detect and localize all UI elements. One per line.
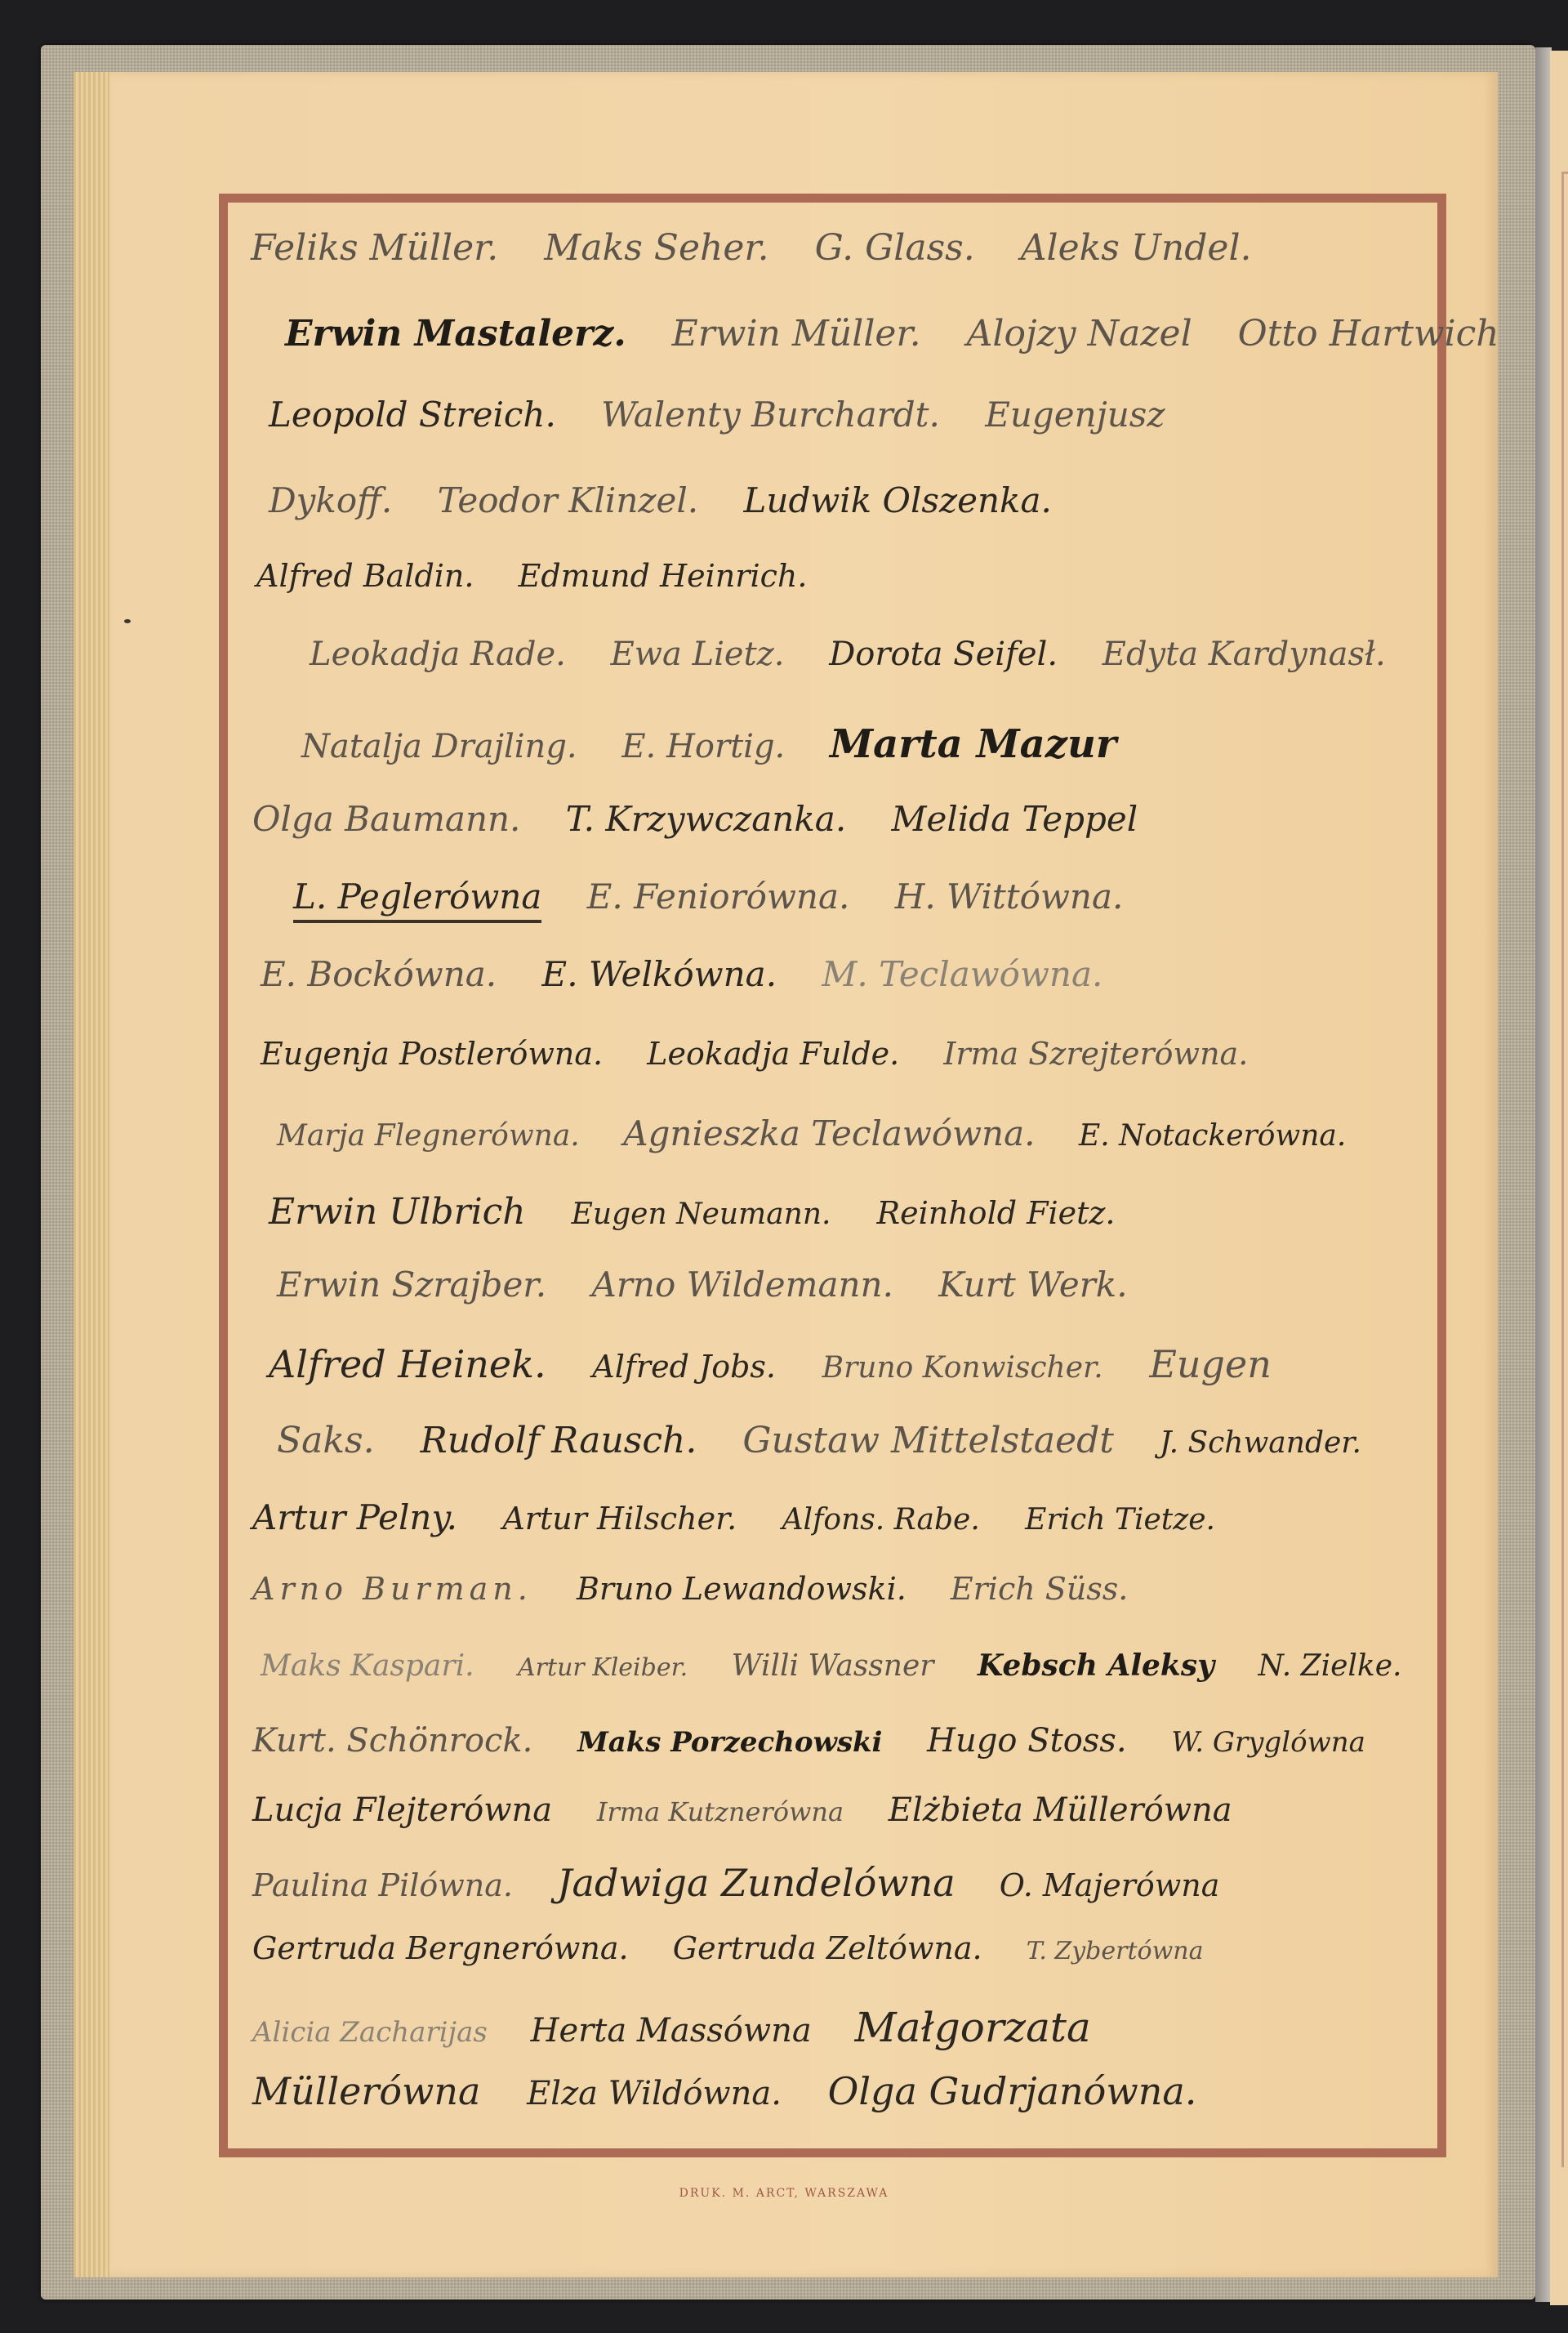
signature: Artur Pelny. <box>252 1497 457 1537</box>
signature-line: Gertruda Bergnerówna. Gertruda Zeltówna.… <box>252 1930 1238 1966</box>
signature-line: Artur Pelny. Artur Hilscher. Alfons. Rab… <box>252 1497 1249 1537</box>
signature: Arno Wildemann. <box>591 1265 893 1305</box>
signature: Maks Seher. <box>544 227 768 269</box>
signature-line: Dykoff. Teodor Klinzel. Ludwik Olszenka. <box>269 480 1086 520</box>
signature: Maks Porzechowski <box>577 1726 882 1759</box>
signature: Olga Baumann. <box>252 799 520 839</box>
signature: Rudolf Rausch. <box>421 1420 697 1461</box>
signature: Leokadja Fulde. <box>647 1036 899 1072</box>
signature: Melida Teppel <box>892 799 1138 839</box>
signature: Irma Szrejterówna. <box>943 1036 1248 1072</box>
signature: Bruno Konwischer. <box>822 1351 1103 1385</box>
signature: Marja Flegnerówna. <box>277 1119 580 1153</box>
signature: Hugo Stoss. <box>927 1722 1126 1760</box>
signature-line: Kurt. Schönrock. Maks Porzechowski Hugo … <box>252 1722 1400 1760</box>
signature: J. Schwander. <box>1160 1426 1361 1460</box>
signature: Ewa Lietz. <box>611 636 785 673</box>
signature: W. Gryglówna <box>1171 1726 1365 1759</box>
signature: Irma Kutznerówna <box>597 1796 844 1827</box>
signature: Otto Hartwich <box>1238 313 1499 355</box>
signature: Willi Wassner <box>732 1649 934 1683</box>
signature: Erich Tietze. <box>1025 1503 1215 1537</box>
signature: Reinhold Fietz. <box>876 1195 1115 1231</box>
signature: Alojzy Nazel <box>967 313 1192 355</box>
signature-line: Alfred Baldin. Edmund Heinrich. <box>256 558 841 594</box>
signature-line: E. Bockówna. E. Welkówna. M. Teclawówna. <box>261 954 1137 994</box>
ink-spot <box>124 619 131 623</box>
signature-line: Natalja Drajling. E. Hortig. Marta Mazur <box>301 721 1151 767</box>
signature-line: L. Peglerówna E. Feniorówna. H. Wittówna… <box>293 877 1157 923</box>
signature: L. Peglerówna <box>293 877 541 923</box>
signature: Lucja Flejterówna <box>252 1791 552 1829</box>
signature: Erwin Mastalerz. <box>285 313 626 355</box>
facing-page-frame <box>1561 172 1568 2167</box>
signature: M. Teclawówna. <box>822 954 1102 994</box>
signature: Edyta Kardynasł. <box>1102 636 1386 673</box>
printer-imprint: DRUK. M. ARCT, WARSZAWA <box>0 2187 1568 2200</box>
signature: Herta Massówna <box>531 2012 812 2050</box>
signature: Teodor Klinzel. <box>438 480 699 520</box>
signature: Olga Gudrjanówna. <box>828 2069 1197 2113</box>
signature: Alicia Zacharijas <box>252 2016 488 2049</box>
signature: Edmund Heinrich. <box>519 558 808 594</box>
page-edges <box>73 72 114 2277</box>
signature: Bruno Lewandowski. <box>577 1571 906 1607</box>
signature: Marta Mazur <box>830 721 1116 767</box>
signature-line: Alfred Heinek. Alfred Jobs. Bruno Konwis… <box>269 1342 1306 1386</box>
signature: N. Zielke. <box>1258 1649 1402 1683</box>
signature: Aleks Undel. <box>1021 227 1252 269</box>
signature: Leopold Streich. <box>269 395 556 435</box>
signature-line: Müllerówna Elza Wildówna. Olga Gudrjanów… <box>252 2069 1231 2113</box>
signature: Artur Hilscher. <box>502 1501 737 1537</box>
signature: Elżbieta Müllerówna <box>889 1791 1232 1829</box>
signature: Alfons. Rabe. <box>782 1503 980 1537</box>
signature: Eugen Neumann. <box>572 1198 831 1231</box>
signature: Kebsch Aleksy <box>978 1648 1214 1683</box>
signature-line: Marja Flegnerówna. Agnieszka Teclawówna.… <box>277 1113 1380 1153</box>
signature: Dykoff. <box>269 480 392 520</box>
signature: Feliks Müller. <box>251 227 498 269</box>
signature: Paulina Pilówna. <box>252 1867 513 1903</box>
signature: E. Feniorówna. <box>587 877 850 917</box>
signature-line: Maks Kaspari. Artur Kleiber. Willi Wassn… <box>261 1648 1437 1683</box>
signature: Erwin Müller. <box>672 313 921 355</box>
signature-frame: Feliks Müller. Maks Seher. G. Glass. Ale… <box>219 194 1446 2157</box>
signature: O. Majerówna <box>1000 1867 1220 1903</box>
signature: Kurt Werk. <box>938 1265 1127 1305</box>
signature-line: Erwin Ulbrich Eugen Neumann. Reinhold Fi… <box>269 1191 1150 1233</box>
signature: Gertruda Zeltówna. <box>673 1930 982 1966</box>
signature: Saks. <box>277 1420 375 1461</box>
signature: Walenty Burchardt. <box>601 395 940 435</box>
signature: E. Bockówna. <box>261 954 497 994</box>
signature: E. Hortig. <box>621 728 785 765</box>
signature: Erwin Ulbrich <box>269 1191 526 1233</box>
signature: Małgorzata <box>855 2004 1091 2051</box>
signature: G. Glass. <box>815 227 975 269</box>
signature: Leokadja Rade. <box>310 636 566 673</box>
signature: Dorota Seifel. <box>829 636 1058 673</box>
signature: Elza Wildówna. <box>527 2075 782 2112</box>
signature: Artur Kleiber. <box>518 1653 688 1682</box>
signature: T. Krzywczanka. <box>566 799 846 839</box>
signature: E. Notackerówna. <box>1079 1119 1346 1153</box>
signature: E. Welkówna. <box>542 954 777 994</box>
signature: Eugen <box>1149 1342 1272 1386</box>
signature-line: Saks. Rudolf Rausch. Gustaw Mittelstaedt… <box>277 1420 1396 1461</box>
signature: Gertruda Bergnerówna. <box>252 1930 629 1966</box>
signature: Ludwik Olszenka. <box>744 480 1052 520</box>
signature: Erich Süss. <box>951 1571 1128 1607</box>
signature-line: Alicia Zacharijas Herta Massówna Małgorz… <box>252 2004 1125 2051</box>
signature: Natalja Drajling. <box>301 728 577 765</box>
signature: Maks Kaspari. <box>261 1649 474 1683</box>
signature: Eugenja Postlerówna. <box>261 1036 603 1072</box>
signature-line: Paulina Pilówna. Jadwiga Zundelówna O. M… <box>252 1861 1254 1905</box>
signature-area: Feliks Müller. Maks Seher. G. Glass. Ale… <box>236 211 1429 2140</box>
signature: H. Wittówna. <box>895 877 1124 917</box>
signature: Jadwiga Zundelówna <box>557 1861 955 1905</box>
signature: Müllerówna <box>252 2069 480 2113</box>
signature-line: Leokadja Rade. Ewa Lietz. Dorota Seifel.… <box>310 636 1420 673</box>
signature: Kurt. Schönrock. <box>252 1722 532 1760</box>
signature: Erwin Szrajber. <box>277 1265 546 1305</box>
signature: Alfred Heinek. <box>269 1342 546 1386</box>
signature-line: Eugenja Postlerówna. Leokadja Fulde. Irm… <box>261 1036 1282 1072</box>
signature-line: Erwin Mastalerz. Erwin Müller. Alojzy Na… <box>285 313 1534 355</box>
signature: Arno Burman. <box>252 1571 532 1607</box>
signature-line: Lucja Flejterówna Irma Kutznerówna Elżbi… <box>252 1791 1267 1829</box>
signature: Alfred Jobs. <box>592 1349 776 1385</box>
signature: Alfred Baldin. <box>256 558 474 594</box>
signature: Agnieszka Teclawówna. <box>623 1113 1035 1153</box>
signature-line: Erwin Szrajber. Arno Wildemann. Kurt Wer… <box>277 1265 1162 1305</box>
signature-line: Arno Burman. Bruno Lewandowski. Erich Sü… <box>252 1571 1162 1607</box>
signature-line: Feliks Müller. Maks Seher. G. Glass. Ale… <box>251 227 1286 269</box>
signature: T. Zybertówna <box>1027 1937 1204 1965</box>
signature-line: Olga Baumann. T. Krzywczanka. Melida Tep… <box>252 799 1172 839</box>
book-gutter <box>1535 47 1552 2302</box>
signature: Eugenjusz <box>985 395 1165 435</box>
signature: Gustaw Mittelstaedt <box>742 1420 1114 1461</box>
signature-line: Leopold Streich. Walenty Burchardt. Euge… <box>269 395 1199 435</box>
